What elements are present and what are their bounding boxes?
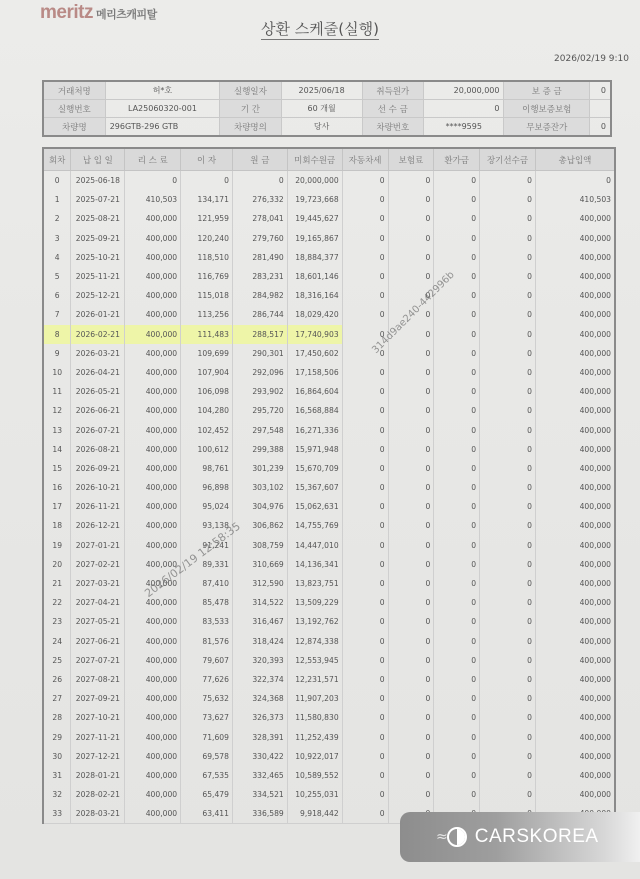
schedule-cell: 0 xyxy=(342,804,388,824)
schedule-cell: 400,000 xyxy=(535,727,615,746)
schedule-cell: 0 xyxy=(388,612,434,631)
schedule-row: 82026-02-21400,000111,483288,51717,740,9… xyxy=(43,325,615,344)
schedule-cell: 316,467 xyxy=(232,612,287,631)
schedule-cell: 276,332 xyxy=(232,190,287,209)
schedule-cell: 0 xyxy=(480,536,536,555)
document-title: 상환 스케줄(실행) xyxy=(0,18,640,39)
schedule-cell: 13,509,229 xyxy=(287,593,342,612)
info-label: 실행번호 xyxy=(43,100,105,118)
schedule-cell: 400,000 xyxy=(535,305,615,324)
schedule-cell: 19,445,627 xyxy=(287,209,342,228)
schedule-row: 282027-10-21400,00073,627326,37311,580,8… xyxy=(43,708,615,727)
schedule-cell: 400,000 xyxy=(125,248,181,267)
schedule-cell: 400,000 xyxy=(535,478,615,497)
schedule-cell: 100,612 xyxy=(181,440,233,459)
schedule-cell: 15,062,631 xyxy=(287,497,342,516)
schedule-cell: 0 xyxy=(342,727,388,746)
schedule-cell: 322,374 xyxy=(232,670,287,689)
column-header: 이 자 xyxy=(181,148,233,171)
schedule-cell: 2028-03-21 xyxy=(71,804,125,824)
schedule-cell: 77,626 xyxy=(181,670,233,689)
schedule-cell: 22 xyxy=(43,593,71,612)
schedule-cell: 0 xyxy=(388,267,434,286)
info-value: 0 xyxy=(590,81,611,100)
schedule-cell: 400,000 xyxy=(125,209,181,228)
schedule-cell: 0 xyxy=(43,171,71,191)
schedule-cell: 17,740,903 xyxy=(287,325,342,344)
schedule-cell: 0 xyxy=(434,497,480,516)
schedule-cell: 0 xyxy=(434,229,480,248)
schedule-cell: 18,884,377 xyxy=(287,248,342,267)
schedule-cell: 400,000 xyxy=(535,593,615,612)
schedule-cell: 330,422 xyxy=(232,747,287,766)
schedule-cell: 16,568,884 xyxy=(287,401,342,420)
schedule-cell: 0 xyxy=(342,420,388,439)
schedule-cell: 0 xyxy=(434,382,480,401)
schedule-cell: 400,000 xyxy=(125,363,181,382)
schedule-cell: 400,000 xyxy=(535,229,615,248)
schedule-cell: 134,171 xyxy=(181,190,233,209)
schedule-cell: 0 xyxy=(480,209,536,228)
schedule-cell: 400,000 xyxy=(125,747,181,766)
schedule-cell: 303,102 xyxy=(232,478,287,497)
schedule-cell: 0 xyxy=(480,555,536,574)
schedule-cell: 2026-03-21 xyxy=(71,344,125,363)
schedule-cell: 0 xyxy=(434,593,480,612)
schedule-cell: 115,018 xyxy=(181,286,233,305)
schedule-cell: 2025-12-21 xyxy=(71,286,125,305)
carskorea-overlay-badge: ≈ CARSKOREA xyxy=(400,812,640,862)
schedule-cell: 0 xyxy=(388,325,434,344)
schedule-cell: 324,368 xyxy=(232,689,287,708)
schedule-cell: 0 xyxy=(342,593,388,612)
schedule-cell: 293,902 xyxy=(232,382,287,401)
schedule-cell: 295,720 xyxy=(232,401,287,420)
schedule-cell: 0 xyxy=(434,325,480,344)
schedule-cell: 71,609 xyxy=(181,727,233,746)
info-label: 무보증잔가 xyxy=(504,118,590,137)
schedule-cell: 85,478 xyxy=(181,593,233,612)
schedule-cell: 63,411 xyxy=(181,804,233,824)
info-value: 296GTB-296 GTB xyxy=(105,118,220,137)
schedule-cell: 0 xyxy=(342,708,388,727)
schedule-cell: 0 xyxy=(434,190,480,209)
schedule-cell: 284,982 xyxy=(232,286,287,305)
schedule-cell: 0 xyxy=(388,555,434,574)
schedule-cell: 102,452 xyxy=(181,420,233,439)
schedule-cell: 7 xyxy=(43,305,71,324)
schedule-cell: 0 xyxy=(388,670,434,689)
schedule-cell: 400,000 xyxy=(535,248,615,267)
schedule-cell: 95,024 xyxy=(181,497,233,516)
schedule-cell: 400,000 xyxy=(535,363,615,382)
column-header: 환가금 xyxy=(434,148,480,171)
schedule-cell: 308,759 xyxy=(232,536,287,555)
info-value: 20,000,000 xyxy=(424,81,504,100)
schedule-cell: 2025-10-21 xyxy=(71,248,125,267)
schedule-cell: 400,000 xyxy=(535,267,615,286)
schedule-cell: 2025-08-21 xyxy=(71,209,125,228)
schedule-cell: 310,669 xyxy=(232,555,287,574)
schedule-cell: 2026-04-21 xyxy=(71,363,125,382)
schedule-cell: 111,483 xyxy=(181,325,233,344)
schedule-cell: 2026-02-21 xyxy=(71,325,125,344)
schedule-cell: 0 xyxy=(434,401,480,420)
schedule-row: 92026-03-21400,000109,699290,30117,450,6… xyxy=(43,344,615,363)
schedule-cell: 0 xyxy=(480,632,536,651)
schedule-cell: 3 xyxy=(43,229,71,248)
schedule-cell: 0 xyxy=(434,286,480,305)
schedule-cell: 0 xyxy=(480,459,536,478)
schedule-cell: 0 xyxy=(342,248,388,267)
schedule-cell: 0 xyxy=(342,305,388,324)
schedule-cell: 0 xyxy=(342,344,388,363)
schedule-cell: 400,000 xyxy=(125,670,181,689)
info-label: 보 증 금 xyxy=(504,81,590,100)
schedule-cell: 10,922,017 xyxy=(287,747,342,766)
schedule-cell: 118,510 xyxy=(181,248,233,267)
schedule-row: 212027-03-21400,00087,410312,59013,823,7… xyxy=(43,574,615,593)
schedule-cell: 400,000 xyxy=(125,689,181,708)
schedule-cell: 17,158,506 xyxy=(287,363,342,382)
schedule-cell: 0 xyxy=(388,708,434,727)
schedule-cell: 400,000 xyxy=(125,574,181,593)
schedule-cell: 0 xyxy=(535,171,615,191)
schedule-cell: 0 xyxy=(388,766,434,785)
schedule-cell: 400,000 xyxy=(535,209,615,228)
schedule-cell: 0 xyxy=(434,574,480,593)
info-value: LA25060320-001 xyxy=(105,100,220,118)
schedule-cell: 9 xyxy=(43,344,71,363)
schedule-cell: 400,000 xyxy=(535,555,615,574)
repayment-schedule-table: 회차납 입 일리 스 료이 자원 금미회수원금자동차세보험료환가금장기선수금총납… xyxy=(42,147,616,824)
schedule-cell: 75,632 xyxy=(181,689,233,708)
schedule-cell: 1 xyxy=(43,190,71,209)
info-value: 2025/06/18 xyxy=(281,81,362,100)
info-label: 차량번호 xyxy=(362,118,423,137)
schedule-cell: 400,000 xyxy=(125,708,181,727)
schedule-cell: 107,904 xyxy=(181,363,233,382)
schedule-cell: 0 xyxy=(480,651,536,670)
contract-info-row: 실행번호LA25060320-001기 간60 개월선 수 금0이행보증보험 xyxy=(43,100,611,118)
schedule-cell: 0 xyxy=(480,363,536,382)
schedule-cell: 96,898 xyxy=(181,478,233,497)
schedule-cell: 0 xyxy=(342,516,388,535)
schedule-cell: 320,393 xyxy=(232,651,287,670)
schedule-cell: 29 xyxy=(43,727,71,746)
schedule-cell: 13,192,762 xyxy=(287,612,342,631)
schedule-cell: 0 xyxy=(480,708,536,727)
schedule-cell: 0 xyxy=(342,478,388,497)
schedule-cell: 2026-08-21 xyxy=(71,440,125,459)
schedule-cell: 314,522 xyxy=(232,593,287,612)
schedule-cell: 0 xyxy=(434,171,480,191)
schedule-cell: 0 xyxy=(480,747,536,766)
schedule-cell: 10,589,552 xyxy=(287,766,342,785)
schedule-cell: 0 xyxy=(434,612,480,631)
schedule-cell: 0 xyxy=(342,651,388,670)
schedule-cell: 2027-04-21 xyxy=(71,593,125,612)
schedule-cell: 400,000 xyxy=(535,420,615,439)
schedule-cell: 0 xyxy=(434,478,480,497)
schedule-row: 52025-11-21400,000116,769283,23118,601,1… xyxy=(43,267,615,286)
schedule-cell: 0 xyxy=(434,440,480,459)
schedule-cell: 0 xyxy=(434,209,480,228)
schedule-cell: 400,000 xyxy=(535,344,615,363)
schedule-cell: 326,373 xyxy=(232,708,287,727)
schedule-cell: 0 xyxy=(342,632,388,651)
schedule-cell: 15,971,948 xyxy=(287,440,342,459)
schedule-cell: 0 xyxy=(480,478,536,497)
schedule-cell: 0 xyxy=(181,171,233,191)
info-label: 취득원가 xyxy=(362,81,423,100)
schedule-cell: 0 xyxy=(342,497,388,516)
schedule-cell: 2026-10-21 xyxy=(71,478,125,497)
column-header: 보험료 xyxy=(388,148,434,171)
schedule-row: 312028-01-21400,00067,535332,46510,589,5… xyxy=(43,766,615,785)
schedule-cell: 21 xyxy=(43,574,71,593)
schedule-cell: 2027-09-21 xyxy=(71,689,125,708)
schedule-cell: 334,521 xyxy=(232,785,287,804)
schedule-cell: 2027-10-21 xyxy=(71,708,125,727)
schedule-row: 122026-06-21400,000104,280295,72016,568,… xyxy=(43,401,615,420)
schedule-cell: 19,165,867 xyxy=(287,229,342,248)
schedule-cell: 0 xyxy=(388,747,434,766)
schedule-cell: 0 xyxy=(342,209,388,228)
schedule-cell: 0 xyxy=(434,363,480,382)
schedule-row: 112026-05-21400,000106,098293,90216,864,… xyxy=(43,382,615,401)
schedule-cell: 30 xyxy=(43,747,71,766)
contract-info-table: 거래처명허*호실행일자2025/06/18취득원가20,000,000보 증 금… xyxy=(42,80,612,137)
schedule-row: 182026-12-21400,00093,138306,86214,755,7… xyxy=(43,516,615,535)
schedule-cell: 0 xyxy=(388,190,434,209)
schedule-cell: 410,503 xyxy=(125,190,181,209)
schedule-cell: 0 xyxy=(388,401,434,420)
schedule-cell: 0 xyxy=(342,459,388,478)
schedule-cell: 23 xyxy=(43,612,71,631)
schedule-cell: 400,000 xyxy=(125,286,181,305)
schedule-cell: 0 xyxy=(480,248,536,267)
flame-icon: ≈ xyxy=(436,829,445,845)
schedule-cell: 0 xyxy=(480,612,536,631)
schedule-cell: 2027-11-21 xyxy=(71,727,125,746)
info-label: 차량명의 xyxy=(220,118,281,137)
schedule-cell: 0 xyxy=(388,593,434,612)
schedule-cell: 0 xyxy=(388,785,434,804)
schedule-cell: 0 xyxy=(342,689,388,708)
schedule-cell: 11,580,830 xyxy=(287,708,342,727)
column-header: 납 입 일 xyxy=(71,148,125,171)
schedule-cell: 87,410 xyxy=(181,574,233,593)
schedule-cell: 0 xyxy=(434,267,480,286)
schedule-cell: 299,388 xyxy=(232,440,287,459)
schedule-cell: 400,000 xyxy=(535,497,615,516)
schedule-cell: 0 xyxy=(480,689,536,708)
schedule-cell: 0 xyxy=(434,516,480,535)
schedule-cell: 400,000 xyxy=(125,440,181,459)
schedule-cell: 0 xyxy=(388,344,434,363)
schedule-cell: 20 xyxy=(43,555,71,574)
column-header: 회차 xyxy=(43,148,71,171)
schedule-cell: 2 xyxy=(43,209,71,228)
schedule-cell: 116,769 xyxy=(181,267,233,286)
info-value: ****9595 xyxy=(424,118,504,137)
schedule-cell: 0 xyxy=(480,344,536,363)
schedule-cell: 400,000 xyxy=(125,804,181,824)
schedule-row: 232027-05-21400,00083,533316,46713,192,7… xyxy=(43,612,615,631)
schedule-cell: 0 xyxy=(388,440,434,459)
schedule-cell: 0 xyxy=(434,785,480,804)
schedule-cell: 13 xyxy=(43,420,71,439)
schedule-cell: 400,000 xyxy=(125,785,181,804)
schedule-cell: 400,000 xyxy=(125,593,181,612)
schedule-cell: 400,000 xyxy=(125,229,181,248)
schedule-cell: 2025-11-21 xyxy=(71,267,125,286)
schedule-cell: 0 xyxy=(388,248,434,267)
schedule-cell: 0 xyxy=(480,574,536,593)
schedule-cell: 19 xyxy=(43,536,71,555)
schedule-cell: 0 xyxy=(480,171,536,191)
schedule-cell: 0 xyxy=(434,420,480,439)
info-value: 당사 xyxy=(281,118,362,137)
schedule-cell: 83,533 xyxy=(181,612,233,631)
schedule-cell: 2027-06-21 xyxy=(71,632,125,651)
schedule-cell: 20,000,000 xyxy=(287,171,342,191)
schedule-cell: 17,450,602 xyxy=(287,344,342,363)
schedule-cell: 0 xyxy=(342,286,388,305)
schedule-row: 302027-12-21400,00069,578330,42210,922,0… xyxy=(43,747,615,766)
schedule-cell: 0 xyxy=(388,420,434,439)
schedule-cell: 0 xyxy=(232,171,287,191)
schedule-cell: 292,096 xyxy=(232,363,287,382)
schedule-cell: 400,000 xyxy=(125,612,181,631)
schedule-cell: 410,503 xyxy=(535,190,615,209)
schedule-cell: 400,000 xyxy=(125,555,181,574)
schedule-cell: 0 xyxy=(480,785,536,804)
schedule-cell: 400,000 xyxy=(535,747,615,766)
column-header: 미회수원금 xyxy=(287,148,342,171)
schedule-cell: 400,000 xyxy=(125,727,181,746)
schedule-cell: 120,240 xyxy=(181,229,233,248)
schedule-cell: 113,256 xyxy=(181,305,233,324)
schedule-cell: 0 xyxy=(388,574,434,593)
schedule-cell: 2026-01-21 xyxy=(71,305,125,324)
schedule-cell: 279,760 xyxy=(232,229,287,248)
schedule-cell: 400,000 xyxy=(125,478,181,497)
schedule-cell: 0 xyxy=(434,670,480,689)
schedule-cell: 336,589 xyxy=(232,804,287,824)
schedule-cell: 18,316,164 xyxy=(287,286,342,305)
schedule-cell: 0 xyxy=(342,267,388,286)
schedule-cell: 290,301 xyxy=(232,344,287,363)
schedule-cell: 0 xyxy=(480,229,536,248)
schedule-cell: 0 xyxy=(480,670,536,689)
schedule-cell: 332,465 xyxy=(232,766,287,785)
document-title-text: 상환 스케줄(실행) xyxy=(261,20,379,40)
schedule-cell: 16,864,604 xyxy=(287,382,342,401)
schedule-cell: 0 xyxy=(434,632,480,651)
schedule-cell: 0 xyxy=(434,727,480,746)
print-timestamp: 2026/02/19 9:10 xyxy=(554,54,629,64)
schedule-row: 152026-09-21400,00098,761301,23915,670,7… xyxy=(43,459,615,478)
schedule-cell: 67,535 xyxy=(181,766,233,785)
schedule-cell: 12,231,571 xyxy=(287,670,342,689)
schedule-cell: 0 xyxy=(388,171,434,191)
schedule-cell: 0 xyxy=(388,363,434,382)
schedule-row: 262027-08-21400,00077,626322,37412,231,5… xyxy=(43,670,615,689)
schedule-cell: 0 xyxy=(434,651,480,670)
schedule-cell: 0 xyxy=(342,363,388,382)
schedule-row: 162026-10-21400,00096,898303,10215,367,6… xyxy=(43,478,615,497)
schedule-cell: 400,000 xyxy=(125,497,181,516)
schedule-cell: 18 xyxy=(43,516,71,535)
schedule-cell: 65,479 xyxy=(181,785,233,804)
schedule-row: 252027-07-21400,00079,607320,39312,553,9… xyxy=(43,651,615,670)
schedule-cell: 2025-09-21 xyxy=(71,229,125,248)
schedule-cell: 278,041 xyxy=(232,209,287,228)
schedule-cell: 0 xyxy=(342,190,388,209)
schedule-cell: 0 xyxy=(480,593,536,612)
schedule-cell: 288,517 xyxy=(232,325,287,344)
schedule-cell: 400,000 xyxy=(535,689,615,708)
schedule-cell: 2026-11-21 xyxy=(71,497,125,516)
schedule-cell: 98,761 xyxy=(181,459,233,478)
schedule-cell: 28 xyxy=(43,708,71,727)
info-value: 허*호 xyxy=(105,81,220,100)
schedule-cell: 0 xyxy=(434,766,480,785)
schedule-cell: 2027-01-21 xyxy=(71,536,125,555)
schedule-cell: 15,367,607 xyxy=(287,478,342,497)
info-label: 차량명 xyxy=(43,118,105,137)
schedule-cell: 2027-08-21 xyxy=(71,670,125,689)
schedule-cell: 0 xyxy=(342,229,388,248)
info-value: 60 개월 xyxy=(281,100,362,118)
schedule-cell: 6 xyxy=(43,286,71,305)
contract-info-row: 차량명296GTB-296 GTB차량명의당사차량번호****9595무보증잔가… xyxy=(43,118,611,137)
schedule-cell: 0 xyxy=(480,420,536,439)
schedule-cell: 0 xyxy=(342,574,388,593)
schedule-cell: 312,590 xyxy=(232,574,287,593)
schedule-cell: 2026-06-21 xyxy=(71,401,125,420)
schedule-row: 132026-07-21400,000102,452297,54816,271,… xyxy=(43,420,615,439)
schedule-row: 192027-01-21400,00091,241308,75914,447,0… xyxy=(43,536,615,555)
schedule-cell: 400,000 xyxy=(125,516,181,535)
schedule-cell: 318,424 xyxy=(232,632,287,651)
schedule-row: 172026-11-21400,00095,024304,97615,062,6… xyxy=(43,497,615,516)
schedule-cell: 2026-07-21 xyxy=(71,420,125,439)
schedule-cell: 15 xyxy=(43,459,71,478)
schedule-cell: 16 xyxy=(43,478,71,497)
schedule-cell: 0 xyxy=(480,727,536,746)
schedule-cell: 301,239 xyxy=(232,459,287,478)
schedule-row: 32025-09-21400,000120,240279,76019,165,8… xyxy=(43,229,615,248)
schedule-cell: 2027-07-21 xyxy=(71,651,125,670)
schedule-cell: 0 xyxy=(342,171,388,191)
schedule-cell: 104,280 xyxy=(181,401,233,420)
schedule-cell: 400,000 xyxy=(535,440,615,459)
schedule-cell: 0 xyxy=(388,497,434,516)
schedule-cell: 2025-06-18 xyxy=(71,171,125,191)
schedule-cell: 400,000 xyxy=(125,267,181,286)
info-value: 0 xyxy=(424,100,504,118)
schedule-cell: 0 xyxy=(480,516,536,535)
schedule-cell: 18,601,146 xyxy=(287,267,342,286)
column-header: 자동차세 xyxy=(342,148,388,171)
schedule-cell: 400,000 xyxy=(125,325,181,344)
schedule-cell: 0 xyxy=(342,766,388,785)
schedule-cell: 12,553,945 xyxy=(287,651,342,670)
info-label: 선 수 금 xyxy=(362,100,423,118)
